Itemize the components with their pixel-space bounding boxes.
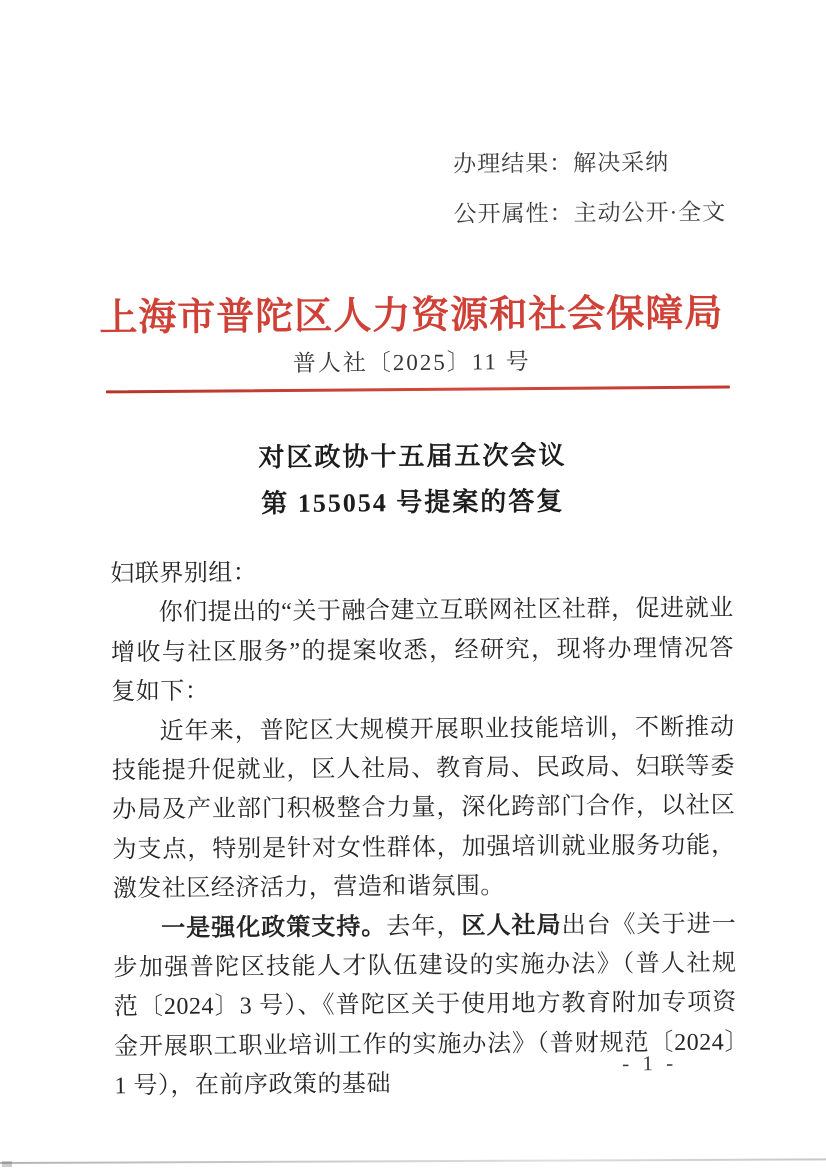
paragraph-policy-support: 一是强化政策支持。去年，区人社局出台《关于进一步加强普陀区技能人才队伍建设的实施… bbox=[113, 905, 738, 1107]
red-divider-line bbox=[106, 386, 730, 394]
document-title: 对区政协十五届五次会议 第 155054 号提案的答复 bbox=[0, 431, 826, 529]
policy-support-heading: 一是强化政策支持。 bbox=[161, 914, 386, 942]
bureau-name-bold: 区人社局 bbox=[461, 913, 561, 940]
document-title-line-2: 第 155054 号提案的答复 bbox=[0, 477, 826, 529]
paragraph-proposal-intro: 你们提出的“关于融合建立互联网社区社群，促进就业增收与社区服务”的提案收悉，经研… bbox=[111, 590, 735, 713]
paragraph-overview: 近年来，普陀区大规模开展职业技能培训，不断推动技能提升促就业，区人社局、教育局、… bbox=[111, 708, 736, 910]
document-title-line-1: 对区政协十五届五次会议 bbox=[0, 431, 826, 483]
scan-corner-artifact bbox=[2, 1161, 12, 1167]
document-content: 办理结果：解决采纳 公开属性：主动公开·全文 上海市普陀区人力资源和社会保障局 … bbox=[0, 0, 826, 1169]
scanned-document-page: 办理结果：解决采纳 公开属性：主动公开·全文 上海市普陀区人力资源和社会保障局 … bbox=[0, 0, 826, 1169]
document-number: 普人社〔2025〕11 号 bbox=[0, 341, 825, 380]
page-number: - 1 - bbox=[622, 1051, 677, 1076]
document-meta: 办理结果：解决采纳 公开属性：主动公开·全文 bbox=[453, 138, 726, 240]
salutation: 妇联界别组： bbox=[110, 550, 733, 594]
policy-support-text-1: 去年， bbox=[386, 913, 461, 940]
document-body: 妇联界别组： 你们提出的“关于融合建立互联网社区社群，促进就业增收与社区服务”的… bbox=[110, 550, 737, 1107]
agency-name: 上海市普陀区人力资源和社会保障局 bbox=[0, 281, 825, 342]
handling-result-line: 办理结果：解决采纳 bbox=[453, 138, 726, 190]
publicity-attribute-line: 公开属性：主动公开·全文 bbox=[453, 188, 726, 240]
